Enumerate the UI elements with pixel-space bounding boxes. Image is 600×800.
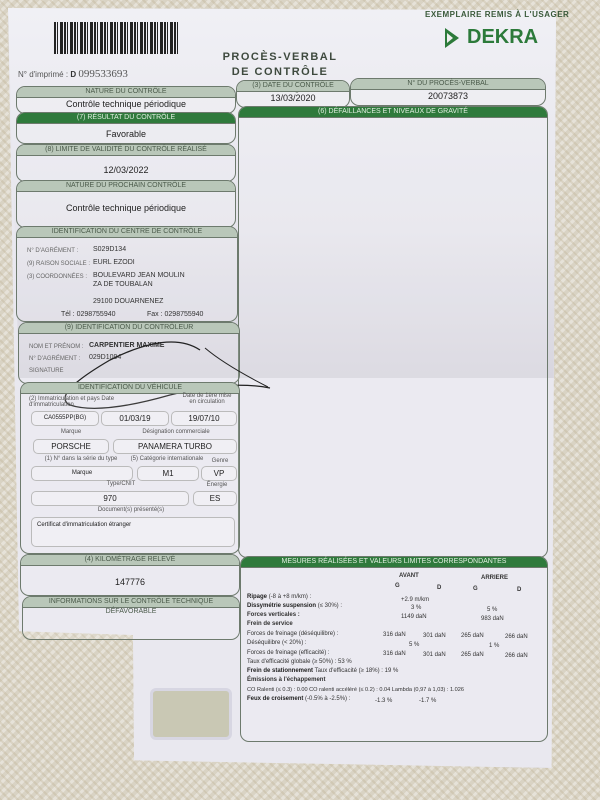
model-field: PANAMERA TURBO <box>113 439 237 454</box>
address-window <box>150 688 232 740</box>
nature-box: NATURE DU CONTRÔLE Contrôle technique pé… <box>16 86 236 114</box>
energy-field: ES <box>193 491 237 506</box>
pv-number-box: N° DU PROCÈS-VERBAL 20073873 <box>350 78 546 106</box>
printed-number: N° d'imprimé : D 099533693 <box>18 68 128 80</box>
validity-box: (8) LIMITE DE VALIDITÉ DU CONTRÔLE RÉALI… <box>16 144 236 182</box>
documents-field: Certificat d'immatriculation étranger <box>31 517 235 547</box>
registration-field: CA0555PP(BG) <box>31 411 99 426</box>
category-field: M1 <box>137 466 199 481</box>
defects-box: (6) DÉFAILLANCES ET NIVEAUX DE GRAVITÉ <box>238 106 548 558</box>
dekra-logo: DEKRA <box>445 26 538 49</box>
measures-box: MESURES RÉALISÉES ET VALEURS LIMITES COR… <box>240 556 548 742</box>
control-center-box: IDENTIFICATION DU CENTRE DE CONTRÔLE N° … <box>16 226 238 322</box>
barcode <box>54 22 178 54</box>
next-control-box: NATURE DU PROCHAIN CONTRÔLE Contrôle tec… <box>16 180 236 228</box>
date-box: (3) DATE DU CONTRÔLE 13/03/2020 <box>236 80 350 108</box>
genre-field: VP <box>201 466 237 481</box>
dekra-mark-icon <box>445 28 461 48</box>
mileage-box: (4) KILOMÉTRAGE RELEVÉ 147776 <box>20 554 240 596</box>
registration-date-field: 01/03/19 <box>101 411 169 426</box>
make-field: PORSCHE <box>33 439 109 454</box>
result-box: (7) RÉSULTAT DU CONTRÔLE Favorable <box>16 112 236 144</box>
serial-field: Marque <box>31 466 133 481</box>
copy-note: EXEMPLAIRE REMIS À L'USAGER <box>425 10 569 19</box>
vehicle-box: IDENTIFICATION DU VÉHICULE (2) Immatricu… <box>20 382 240 554</box>
unfavorable-info-box: INFORMATIONS SUR LE CONTRÔLE TECHNIQUE D… <box>22 596 240 640</box>
type-field: 970 <box>31 491 189 506</box>
first-circulation-field: 19/07/10 <box>171 411 237 426</box>
